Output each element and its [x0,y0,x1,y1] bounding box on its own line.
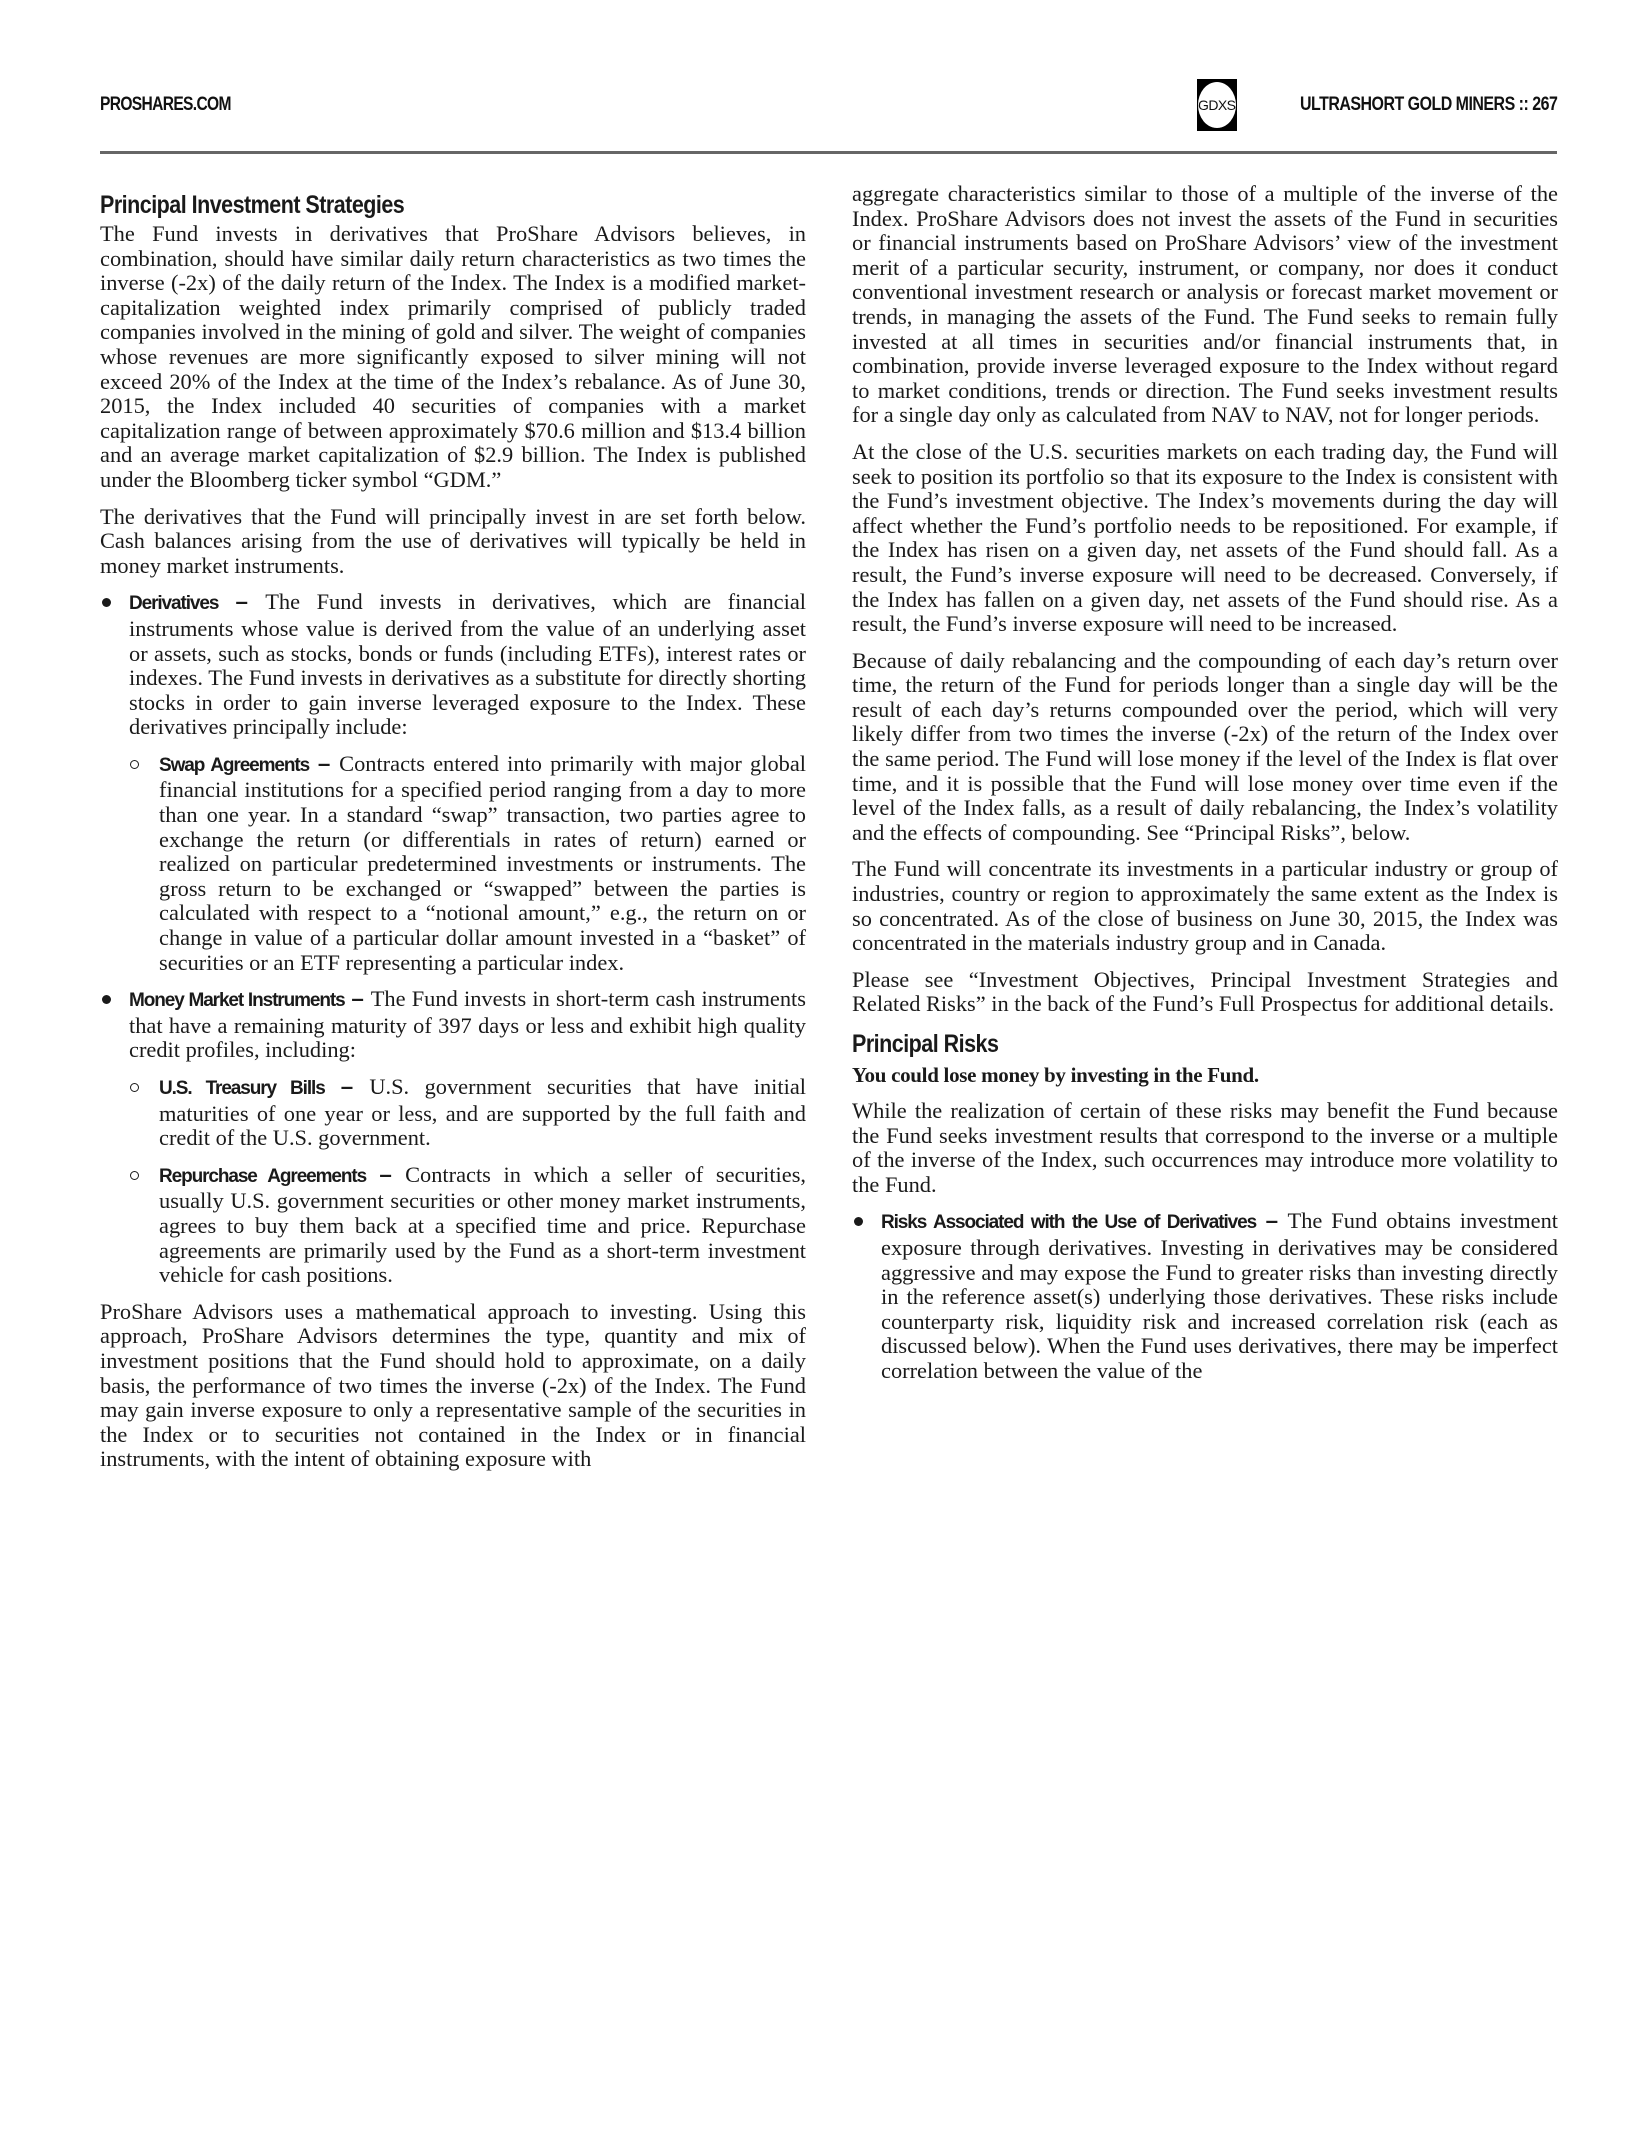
term-label: Swap Agreements [159,755,309,776]
list-item-derivatives: Derivatives – The Fund invests in deriva… [100,590,806,975]
term-label: Repurchase Agreements [159,1166,366,1187]
ticker-badge: GDXS [1197,79,1237,131]
bullet-icon [102,598,111,607]
term-label: Derivatives [129,593,218,614]
paragraph: The Fund will concentrate its investment… [852,857,1558,955]
fund-title-page-number: ULTRASHORT GOLD MINERS :: 267 [1300,94,1557,116]
bullet-list: Derivatives – The Fund invests in deriva… [100,590,806,1287]
paragraph: At the close of the U.S. securities mark… [852,440,1558,637]
bullet-icon [854,1217,863,1226]
section-heading-strategies: Principal Investment Strategies [100,190,707,220]
ticker-circle-icon: GDXS [1198,82,1236,128]
list-item-money-market: Money Market Instruments – The Fund inve… [100,987,806,1288]
page-header: PROSHARES.COM GDXS ULTRASHORT GOLD MINER… [100,80,1557,144]
header-divider [100,151,1557,154]
paragraph: The Fund invests in derivatives that Pro… [100,222,806,493]
sub-list: U.S. Treasury Bills – U.S. government se… [129,1075,806,1288]
sub-item-treasury-bills: U.S. Treasury Bills – U.S. government se… [129,1075,806,1151]
item-text: The Fund obtains investment exposure thr… [881,1208,1558,1383]
sub-item-swap-agreements: Swap Agreements – Contracts entered into… [129,752,806,975]
paragraph: aggregate characteristics similar to tho… [852,182,1558,428]
header-right: GDXS ULTRASHORT GOLD MINERS :: 267 [1197,80,1557,130]
sub-item-repurchase-agreements: Repurchase Agreements – Contracts in whi… [129,1163,806,1288]
em-dash: – [1256,1208,1287,1233]
section-heading-risks: Principal Risks [852,1029,1459,1059]
paragraph: While the realization of certain of thes… [852,1099,1558,1197]
bullet-icon [102,995,111,1004]
term-label: Money Market Instruments [129,990,345,1011]
item-text: Contracts entered into primarily with ma… [159,751,806,975]
list-item-derivatives-risk: Risks Associated with the Use of Derivat… [852,1209,1558,1383]
em-dash: – [325,1074,370,1099]
hollow-bullet-icon [130,760,139,769]
paragraph: Because of daily rebalancing and the com… [852,649,1558,846]
paragraph: Please see “Investment Objectives, Princ… [852,968,1558,1017]
term-label: Risks Associated with the Use of Derivat… [881,1212,1256,1233]
em-dash: – [366,1162,405,1187]
right-column: aggregate characteristics similar to tho… [852,182,1558,1396]
paragraph: The derivatives that the Fund will princ… [100,505,806,579]
hollow-bullet-icon [130,1083,139,1092]
site-name: PROSHARES.COM [100,94,231,116]
hollow-bullet-icon [130,1171,139,1180]
term-label: U.S. Treasury Bills [159,1078,325,1099]
em-dash: – [218,589,265,614]
risk-warning: You could lose money by investing in the… [852,1061,1558,1089]
paragraph: ProShare Advisors uses a mathematical ap… [100,1300,806,1472]
em-dash: – [309,751,339,776]
ticker-symbol: GDXS [1198,97,1235,113]
sub-list: Swap Agreements – Contracts entered into… [129,752,806,975]
em-dash: – [345,986,371,1011]
left-column: Principal Investment Strategies The Fund… [100,182,806,1484]
risk-bullet-list: Risks Associated with the Use of Derivat… [852,1209,1558,1383]
